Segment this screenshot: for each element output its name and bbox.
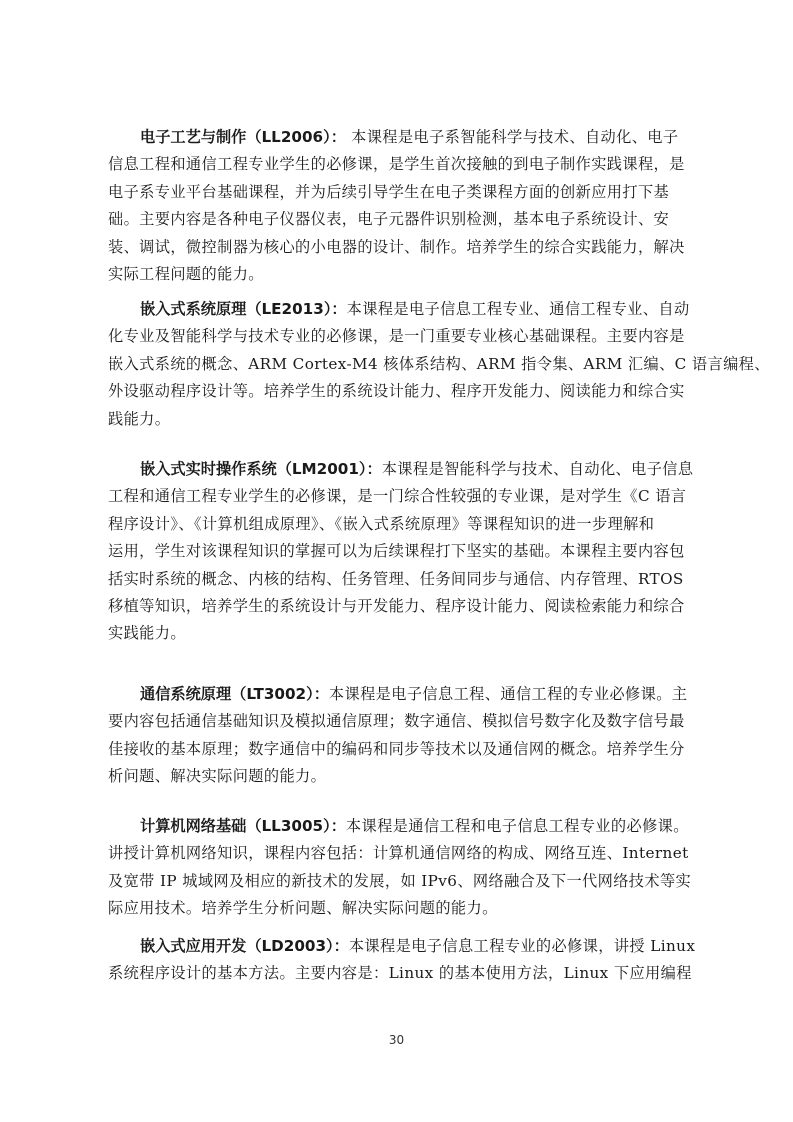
paragraph-line: 系统程序设计的基本方法。主要内容是：Linux 的基本使用方法，Linux 下应… — [108, 960, 690, 987]
course-title: 嵌入式实时操作系统（LM2001）： — [140, 460, 382, 478]
paragraph-first-line: 嵌入式应用开发（LD2003）：本课程是电子信息工程专业的必修课，讲授 Linu… — [108, 933, 690, 960]
course-paragraph-embedded-rtos: 嵌入式实时操作系统（LM2001）：本课程是智能科学与技术、自动化、电子信息 工… — [108, 456, 690, 648]
paragraph-line: 析问题、解决实际问题的能力。 — [108, 763, 690, 790]
course-text: 本课程是电子信息工程、通信工程的专业必修课。主 — [329, 685, 688, 703]
course-text: 本课程是电子信息工程专业的必修课，讲授 Linux — [349, 937, 695, 955]
paragraph-line: 嵌入式系统的概念、ARM Cortex-M4 核体系结构、ARM 指令集、ARM… — [108, 351, 690, 378]
paragraph-line: 外设驱动程序设计等。培养学生的系统设计能力、程序开发能力、阅读能力和综合实 — [108, 378, 690, 405]
paragraph-first-line: 电子工艺与制作（LL2006）： 本课程是电子系智能科学与技术、自动化、电子 — [108, 124, 690, 151]
course-paragraph-computer-networks: 计算机网络基础（LL3005）：本课程是通信工程和电子信息工程专业的必修课。 讲… — [108, 813, 690, 923]
paragraph-line: 及宽带 IP 城域网及相应的新技术的发展，如 IPv6、网络融合及下一代网络技术… — [108, 868, 690, 895]
paragraph-line: 际应用技术。培养学生分析问题、解决实际问题的能力。 — [108, 895, 690, 922]
paragraph-line: 础。主要内容是各种电子仪器仪表，电子元器件识别检测，基本电子系统设计、安 — [108, 206, 690, 233]
paragraph-line: 装、调试，微控制器为核心的小电器的设计、制作。培养学生的综合实践能力，解决 — [108, 234, 690, 261]
document-page: 电子工艺与制作（LL2006）： 本课程是电子系智能科学与技术、自动化、电子 信… — [0, 0, 793, 1122]
course-text: 本课程是电子系智能科学与技术、自动化、电子 — [346, 128, 679, 146]
paragraph-line: 佳接收的基本原理；数字通信中的编码和同步等技术以及通信网的概念。培养学生分 — [108, 736, 690, 763]
course-title: 电子工艺与制作（LL2006）： — [140, 128, 346, 146]
paragraph-line: 信息工程和通信工程专业学生的必修课，是学生首次接触的到电子制作实践课程，是 — [108, 151, 690, 178]
paragraph-line: 程序设计》、《计算机组成原理》、《嵌入式系统原理》等课程知识的进一步理解和 — [108, 511, 690, 538]
paragraph-line: 电子系专业平台基础课程，并为后续引导学生在电子类课程方面的创新应用打下基 — [108, 179, 690, 206]
paragraph-line: 运用，学生对该课程知识的掌握可以为后续课程打下坚实的基础。本课程主要内容包 — [108, 538, 690, 565]
paragraph-line: 化专业及智能科学与技术专业的必修课，是一门重要专业核心基础课程。主要内容是 — [108, 323, 690, 350]
course-title: 通信系统原理（LT3002）： — [140, 685, 329, 703]
course-title: 计算机网络基础（LL3005）： — [140, 817, 346, 835]
course-title: 嵌入式系统原理（LE2013）： — [140, 300, 347, 318]
course-paragraph-electronic-craft: 电子工艺与制作（LL2006）： 本课程是电子系智能科学与技术、自动化、电子 信… — [108, 124, 690, 288]
course-text: 本课程是电子信息工程专业、通信工程专业、自动 — [347, 300, 690, 318]
course-text: 本课程是通信工程和电子信息工程专业的必修课。 — [346, 817, 689, 835]
paragraph-line: 实践能力。 — [108, 620, 690, 647]
paragraph-line: 践能力。 — [108, 406, 690, 433]
course-text: 本课程是智能科学与技术、自动化、电子信息 — [382, 460, 694, 478]
page-number: 30 — [0, 1033, 793, 1047]
course-paragraph-communication-principles: 通信系统原理（LT3002）：本课程是电子信息工程、通信工程的专业必修课。主 要… — [108, 681, 690, 791]
paragraph-line: 括实时系统的概念、内核的结构、任务管理、任务间同步与通信、内存管理、RTOS — [108, 566, 690, 593]
paragraph-first-line: 通信系统原理（LT3002）：本课程是电子信息工程、通信工程的专业必修课。主 — [108, 681, 690, 708]
course-title: 嵌入式应用开发（LD2003）： — [140, 937, 349, 955]
paragraph-line: 工程和通信工程专业学生的必修课，是一门综合性较强的专业课，是对学生《C 语言 — [108, 483, 690, 510]
paragraph-first-line: 嵌入式系统原理（LE2013）：本课程是电子信息工程专业、通信工程专业、自动 — [108, 296, 690, 323]
course-paragraph-embedded-app-dev: 嵌入式应用开发（LD2003）：本课程是电子信息工程专业的必修课，讲授 Linu… — [108, 933, 690, 988]
paragraph-first-line: 计算机网络基础（LL3005）：本课程是通信工程和电子信息工程专业的必修课。 — [108, 813, 690, 840]
paragraph-line: 实际工程问题的能力。 — [108, 261, 690, 288]
course-paragraph-embedded-principles: 嵌入式系统原理（LE2013）：本课程是电子信息工程专业、通信工程专业、自动 化… — [108, 296, 690, 433]
paragraph-first-line: 嵌入式实时操作系统（LM2001）：本课程是智能科学与技术、自动化、电子信息 — [108, 456, 690, 483]
paragraph-line: 要内容包括通信基础知识及模拟通信原理；数字通信、模拟信号数字化及数字信号最 — [108, 708, 690, 735]
paragraph-line: 移植等知识，培养学生的系统设计与开发能力、程序设计能力、阅读检索能力和综合 — [108, 593, 690, 620]
paragraph-line: 讲授计算机网络知识，课程内容包括：计算机通信网络的构成、网络互连、Interne… — [108, 840, 690, 867]
